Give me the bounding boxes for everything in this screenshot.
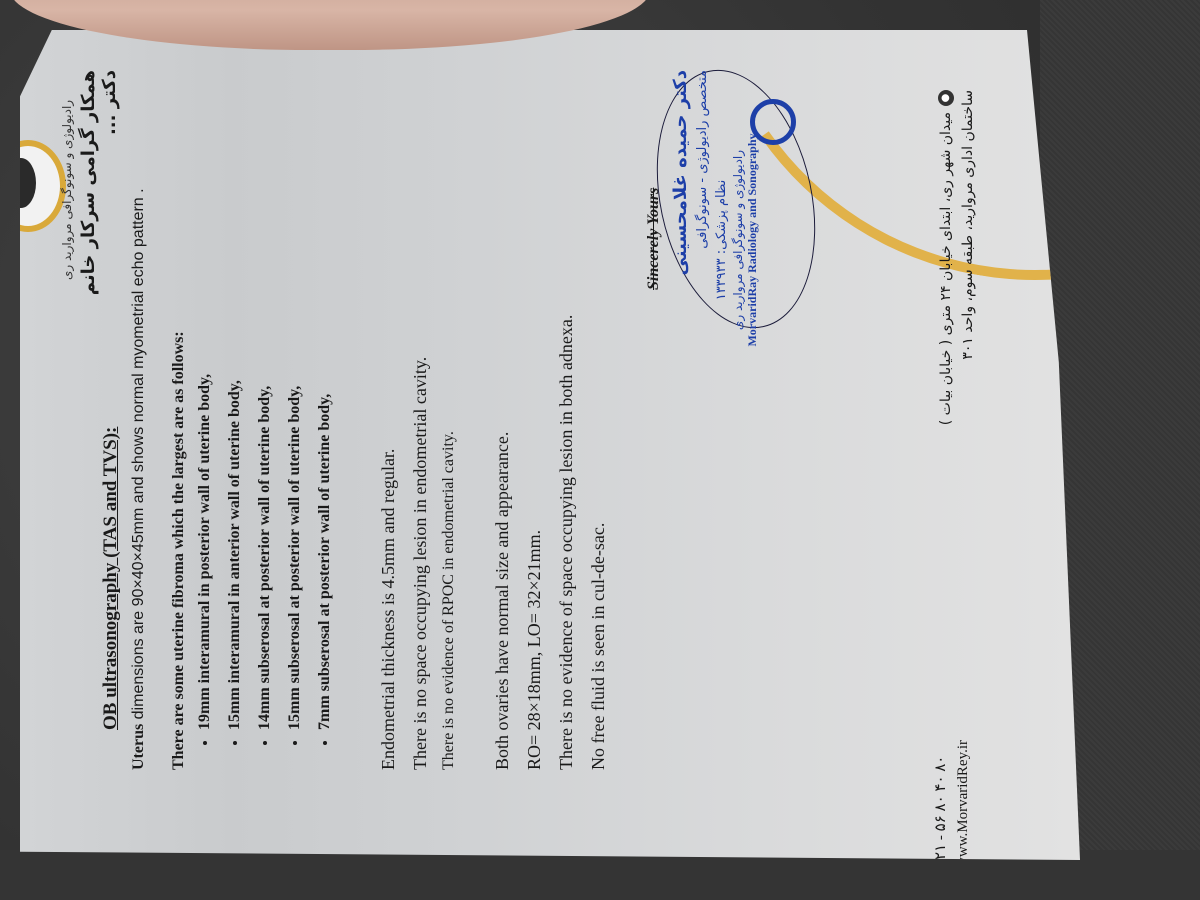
letterhead-salutation: همکار گرامی سرکار خانم دکتر ... xyxy=(78,70,120,330)
endometrial-thickness: Endometrial thickness is 4.5mm and regul… xyxy=(378,449,399,770)
report-content: رادیولوژی و سونوگرافی مروارید ری همکار گ… xyxy=(60,70,1060,860)
uterus-text: dimensions are 90×40×45mm and shows norm… xyxy=(130,188,147,723)
report-page: رادیولوژی و سونوگرافی مروارید ری همکار گ… xyxy=(20,30,1080,860)
doctor-stamp: دکتر حمیده غلامحسینی متخصص رادیولوژی - س… xyxy=(670,70,760,410)
address-line-2: ساختمان اداری مروارید، طبقه سوم، واحد ۳۰… xyxy=(957,90,979,490)
list-item: 15mm interamural in anterior wall of ute… xyxy=(226,374,248,730)
medical-registration: نظام پزشکی: ۱۳۳۹۳۳ xyxy=(714,70,729,410)
cul-de-sac-findings: No free fluid is seen in cul-de-sac. xyxy=(588,523,609,770)
list-item: 15mm subserosal at posterior wall of ute… xyxy=(286,374,308,730)
center-name-fa: رادیولوژی و سونوگرافی مروارید ری xyxy=(731,70,745,410)
footer-address: ●میدان شهر ری، ابتدای خیابان ۲۴ متری ( خ… xyxy=(935,90,979,490)
uterus-label: Uterus xyxy=(130,724,147,770)
adnexa-findings: There is no evidence of space occupying … xyxy=(556,315,577,770)
footer-contact: ✆۰۲۱ - ۵۶ ۸۰ ۴۰ ۸۰ ◎www.MorvaridRey.ir xyxy=(930,740,974,860)
fibroma-list: 19mm interamural in posterior wall of ut… xyxy=(196,374,346,760)
endometrial-rpoc: There is no evidence of RPOC in endometr… xyxy=(440,431,458,770)
website-link[interactable]: www.MorvaridRey.ir xyxy=(955,740,971,860)
address-line-1: میدان شهر ری، ابتدای خیابان ۲۴ متری ( خی… xyxy=(938,112,954,425)
list-item: 14mm subserosal at posterior wall of ute… xyxy=(256,374,278,730)
list-item: 19mm interamural in posterior wall of ut… xyxy=(196,374,218,730)
phone-number: ۰۲۱ - ۵۶ ۸۰ ۴۰ ۸۰ xyxy=(933,756,949,860)
fibroma-intro: There are some uterine fibroma which the… xyxy=(170,331,188,770)
uterus-findings: Uterus dimensions are 90×40×45mm and sho… xyxy=(130,188,148,770)
list-item: 7mm subserosal at posterior wall of uter… xyxy=(316,374,338,730)
letterhead-brand: رادیولوژی و سونوگرافی مروارید ری xyxy=(60,100,74,280)
location-pin-icon: ● xyxy=(938,90,954,106)
stamp-logo-icon xyxy=(750,99,796,145)
closing-text: Sincerely Yours xyxy=(645,188,663,290)
doctor-name: دکتر حمیده غلامحسینی xyxy=(670,70,691,410)
doctor-specialty: متخصص رادیولوژی - سونوگرافی xyxy=(695,70,710,410)
ovaries-appearance: Both ovaries have normal size and appear… xyxy=(492,432,513,770)
endometrial-lesion: There is no space occupying lesion in en… xyxy=(410,357,431,770)
report-title: OB ultrasonography (TAS and TVS): xyxy=(100,427,122,730)
ovaries-dimensions: RO= 28×18mm, LO= 32×21mm. xyxy=(524,530,545,770)
